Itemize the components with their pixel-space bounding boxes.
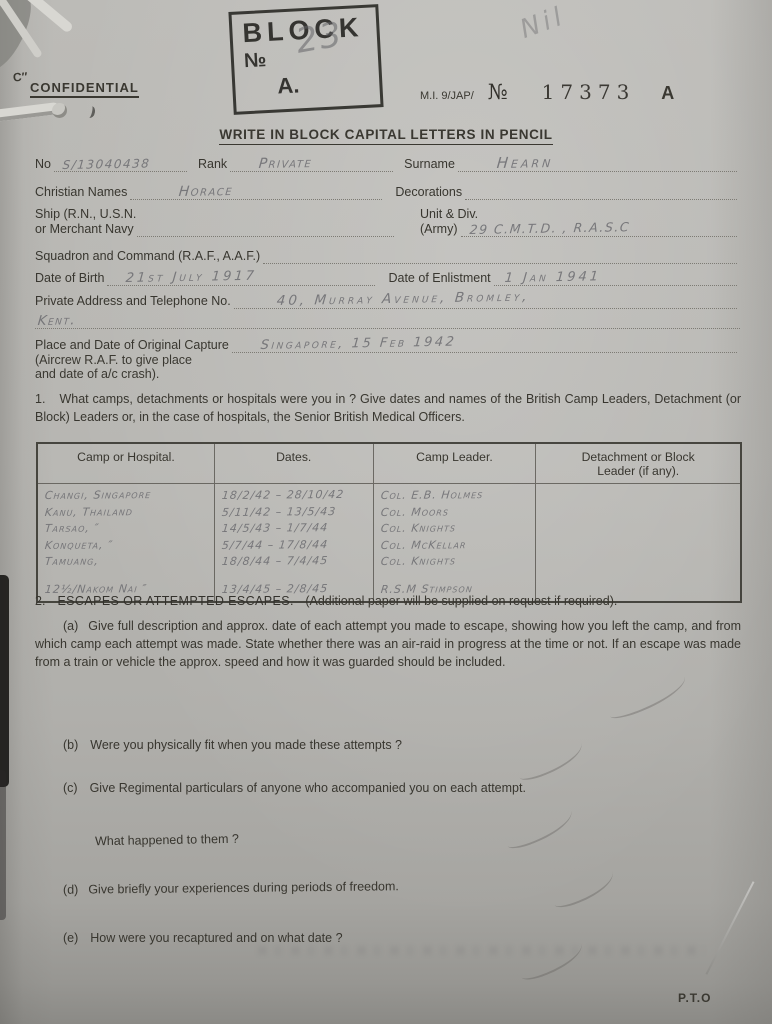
question-2d-text: Give briefly your experiences during per… [88, 879, 399, 896]
ref-number: 17373 [542, 80, 636, 104]
address-value-line1: 40, Murray Avenue, Bromley, [276, 289, 530, 309]
question-2a: (a)Give full description and approx. dat… [35, 618, 741, 671]
camp-table-header-leader: Camp Leader. [374, 444, 537, 484]
pencil-slash-mark [605, 673, 690, 723]
no-field: S/13040438 [54, 156, 187, 172]
pencil-slash-mark [515, 740, 587, 785]
camp-table-header-dates: Dates. [215, 444, 374, 484]
question-2c: (c)Give Regimental particulars of anyone… [63, 781, 526, 795]
table-row-leader: Col. E.B. Holmes [380, 487, 534, 504]
rank-value: Private [258, 155, 313, 172]
surname-field: Hearn [458, 156, 737, 172]
capture-label-line2: (Aircrew R.A.F. to give place [35, 353, 192, 367]
address-value-line2: Kent. [37, 312, 77, 329]
unit-div-value: 29 C.M.T.D. , R.A.S.C [469, 219, 631, 237]
question-2e-tag: (e) [63, 931, 78, 945]
surname-value: Hearn [496, 153, 554, 172]
capture-field: Singapore, 15 Feb 1942 [232, 337, 737, 353]
confidential-label: CONFIDENTIAL [30, 79, 139, 97]
table-row-dates: 18/8/44 – 7/4/45 [221, 553, 371, 570]
detachment-column [536, 484, 740, 601]
pencil-slash-mark [550, 868, 619, 911]
pto-label: P.T.O [678, 991, 711, 1005]
leader-column: Col. E.B. Holmes Col. Moors Col. Knights… [374, 484, 537, 601]
question-2c-followup: What happened to them ? [95, 832, 239, 849]
table-row-camp: Tamuang, [44, 553, 212, 570]
row-christian-decorations: Christian Names Horace Decorations [35, 184, 740, 200]
stamp-letter-text: A. [277, 69, 370, 100]
row-address-line2: Kent. [35, 313, 740, 329]
christian-names-field: Horace [130, 184, 382, 200]
no-value: S/13040438 [62, 156, 151, 172]
surname-label: Surname [404, 157, 455, 172]
question-1: 1.What camps, detachments or hospitals w… [35, 391, 741, 427]
date-of-birth-value: 21st July 1917 [125, 269, 257, 286]
christian-names-label: Christian Names [35, 185, 127, 200]
question-2-number: 2. [35, 594, 45, 608]
row-capture: Place and Date of Original Capture Singa… [35, 337, 740, 353]
date-of-birth-field: 21st July 1917 [107, 270, 375, 286]
unit-div-field: 29 C.M.T.D. , R.A.S.C [461, 221, 738, 237]
table-row-dates: 5/7/44 – 17/8/44 [221, 537, 371, 554]
unit-div-label-line2: (Army) [420, 222, 458, 237]
question-2c-followup-text: What happened to them ? [95, 832, 239, 849]
row-squadron: Squadron and Command (R.A.F., A.A.F.) [35, 248, 740, 264]
address-label: Private Address and Telephone No. [35, 294, 231, 309]
christian-names-value: Horace [178, 183, 234, 200]
camp-column: Changi, Singapore Kanu, Thailand Tarsao,… [38, 484, 215, 601]
question-1-text: What camps, detachments or hospitals wer… [35, 392, 741, 424]
question-2b: (b)Were you physically fit when you made… [63, 738, 402, 752]
stamp-number-handwritten: 23 [293, 14, 346, 62]
dates-column: 18/2/42 – 28/10/42 5/11/42 – 13/5/43 14/… [215, 484, 374, 601]
question-2b-text: Were you physically fit when you made th… [90, 738, 402, 752]
ref-no-sign: № [488, 80, 508, 104]
print-through-ghost-text [258, 946, 704, 955]
row-no-rank-surname: No S/13040438 Rank Private Surname Hearn [35, 156, 740, 172]
question-2-heading: 2.ESCAPES OR ATTEMPTED ESCAPES. (Additio… [35, 594, 741, 608]
corner-mark: C″ [13, 70, 28, 85]
question-2-note: (Additional paper will be supplied on re… [305, 594, 617, 608]
paper-crease [706, 881, 755, 975]
question-2d-tag: (d) [63, 883, 78, 897]
table-row-detachment [542, 487, 738, 504]
enlistment-field: 1 Jan 1941 [494, 270, 737, 286]
row-ship-unit: Ship (R.N., U.S.N. or Merchant Navy Unit… [35, 207, 740, 237]
ref-prefix: M.I. 9/JAP/ [420, 90, 474, 102]
capture-value: Singapore, 15 Feb 1942 [260, 335, 457, 353]
camp-table-header-camp: Camp or Hospital. [38, 444, 215, 484]
instruction-heading: WRITE IN BLOCK CAPITAL LETTERS IN PENCIL [0, 126, 772, 144]
binding-cord-end [85, 105, 97, 119]
binding-cord-knot [52, 103, 67, 118]
top-right-pencil-scribble: Nil [516, 1, 569, 45]
question-1-number: 1. [35, 391, 45, 409]
rank-label: Rank [198, 157, 227, 172]
capture-label-line1: Place and Date of Original Capture [35, 338, 229, 353]
table-row-dates: 14/5/43 – 1/7/44 [221, 520, 371, 537]
table-row-detachment [542, 504, 738, 521]
reference-number-line: M.I. 9/JAP/ № 17373 A [420, 80, 674, 104]
date-of-birth-label: Date of Birth [35, 271, 104, 286]
rank-field: Private [230, 156, 393, 172]
question-2c-text: Give Regimental particulars of anyone wh… [90, 781, 526, 795]
enlistment-value: 1 Jan 1941 [504, 269, 602, 286]
table-row-leader: Col. Moors [380, 504, 534, 521]
capture-label-line3: and date of a/c crash). [35, 367, 159, 381]
question-2-title: ESCAPES OR ATTEMPTED ESCAPES. [57, 594, 293, 608]
page-edge-dark-strip [0, 575, 9, 787]
ref-suffix: A [661, 83, 674, 104]
squadron-field [263, 248, 737, 264]
table-row-leader: Col. Knights [380, 553, 534, 570]
pencil-slash-mark [503, 807, 577, 853]
table-row-camp: Kanu, Thailand [44, 504, 212, 521]
squadron-label: Squadron and Command (R.A.F., A.A.F.) [35, 249, 260, 264]
enlistment-label: Date of Enlistment [388, 271, 490, 286]
no-label: No [35, 157, 51, 172]
unit-div-label-line1: Unit & Div. [420, 207, 740, 221]
decorations-field [465, 184, 737, 200]
row-address: Private Address and Telephone No. 40, Mu… [35, 293, 740, 309]
question-2c-tag: (c) [63, 781, 78, 795]
decorations-label: Decorations [395, 185, 462, 200]
table-row-leader: Col. McKellar [380, 537, 534, 554]
page-edge-shadow [0, 770, 6, 920]
question-2e: (e)How were you recaptured and on what d… [63, 931, 343, 945]
table-row-camp: Changi, Singapore [44, 487, 212, 504]
ship-label-line2: or Merchant Navy [35, 222, 134, 237]
scanned-pow-questionnaire-page: { "colors": {"ink": "#3a3831", "pencil":… [0, 0, 772, 1024]
question-2e-text: How were you recaptured and on what date… [90, 931, 342, 945]
table-row-dates: 18/2/42 – 28/10/42 [221, 487, 371, 504]
table-row-detachment [542, 520, 738, 537]
camp-table-header-detachment: Detachment or Block Leader (if any). [536, 444, 740, 484]
question-2a-text: Give full description and approx. date o… [35, 619, 741, 669]
question-2d: (d)Give briefly your experiences during … [63, 879, 399, 897]
table-row-camp: Tarsao, ″ [44, 520, 212, 537]
camp-table: Camp or Hospital. Dates. Camp Leader. De… [36, 442, 742, 603]
question-2a-tag: (a) [63, 619, 78, 633]
row-dob-enlistment: Date of Birth 21st July 1917 Date of Enl… [35, 270, 740, 286]
table-row-detachment [542, 537, 738, 554]
address-field-line1: 40, Murray Avenue, Bromley, [234, 293, 737, 309]
question-2b-tag: (b) [63, 738, 78, 752]
address-field-line2: Kent. [35, 313, 740, 329]
table-row-dates: 5/11/42 – 13/5/43 [221, 504, 371, 521]
table-row-camp: Konqueta, ″ [44, 537, 212, 554]
table-row-detachment [542, 553, 738, 570]
table-row-leader: Col. Knights [380, 520, 534, 537]
ship-field [137, 221, 394, 237]
